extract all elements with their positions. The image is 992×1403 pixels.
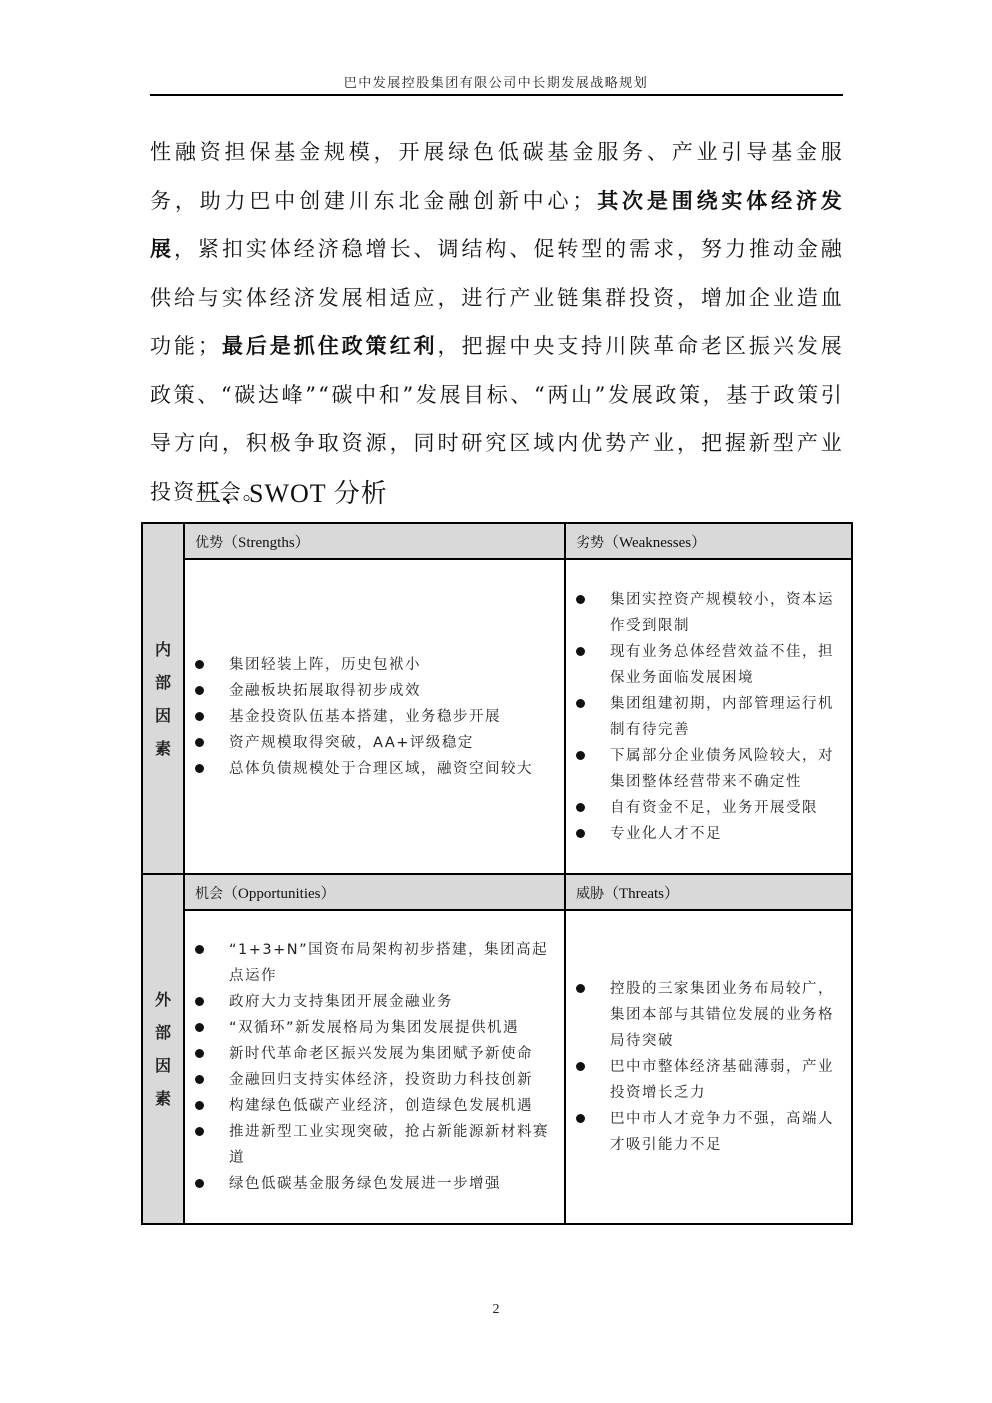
opportunities-title-en: （Opportunities） xyxy=(223,886,336,902)
label-char: 内 xyxy=(143,633,183,666)
internal-factors-label: 内 部 因 素 xyxy=(142,523,184,874)
weaknesses-title-en: （Weaknesses） xyxy=(604,535,706,551)
list-item: 金融板块拓展取得初步成效 xyxy=(185,678,564,704)
strengths-cell: 集团轻装上阵，历史包袱小 金融板块拓展取得初步成效 基金投资队伍基本搭建，业务稳… xyxy=(184,559,565,874)
list-item: 基金投资队伍基本搭建，业务稳步开展 xyxy=(185,704,564,730)
weaknesses-header: 劣势（Weaknesses） xyxy=(565,523,852,559)
list-item: 资产规模取得突破，AA+评级稳定 xyxy=(185,730,564,756)
strengths-list: 集团轻装上阵，历史包袱小 金融板块拓展取得初步成效 基金投资队伍基本搭建，业务稳… xyxy=(185,652,564,782)
list-item: 集团组建初期，内部管理运行机制有待完善 xyxy=(566,691,843,743)
page-number: 2 xyxy=(0,1302,992,1318)
list-item: 绿色低碳基金服务绿色发展进一步增强 xyxy=(185,1171,564,1197)
list-item: 巴中市整体经济基础薄弱，产业投资增长乏力 xyxy=(566,1054,843,1106)
label-char: 外 xyxy=(143,983,183,1016)
weaknesses-list: 集团实控资产规模较小，资本运作受到限制 现有业务总体经营效益不佳，担保业务面临发… xyxy=(566,587,843,847)
opportunities-cell: “1+3+N”国资布局架构初步搭建，集团高起点运作 政府大力支持集团开展金融业务… xyxy=(184,910,565,1224)
list-item: 推进新型工业实现突破，抢占新能源新材料赛道 xyxy=(185,1119,564,1171)
body-text-emphasis: 最后是抓住政策红利 xyxy=(221,333,437,358)
swot-table: 内 部 因 素 优势（Strengths） 劣势（Weaknesses） 集团轻… xyxy=(141,522,853,1225)
section-heading: 三、SWOT 分析 xyxy=(195,473,388,510)
opportunities-list: “1+3+N”国资布局架构初步搭建，集团高起点运作 政府大力支持集团开展金融业务… xyxy=(185,937,564,1197)
list-item: 总体负债规模处于合理区域，融资空间较大 xyxy=(185,756,564,782)
list-item: 下属部分企业债务风险较大，对集团整体经营带来不确定性 xyxy=(566,743,843,795)
strengths-header: 优势（Strengths） xyxy=(184,523,565,559)
list-item: 现有业务总体经营效益不佳，担保业务面临发展困境 xyxy=(566,639,843,691)
strengths-title-en: （Strengths） xyxy=(223,535,310,551)
list-item: 新时代革命老区振兴发展为集团赋予新使命 xyxy=(185,1041,564,1067)
label-char: 素 xyxy=(143,732,183,765)
list-item: 巴中市人才竞争力不强，高端人才吸引能力不足 xyxy=(566,1106,843,1158)
label-char: 因 xyxy=(143,699,183,732)
strengths-title-zh: 优势 xyxy=(195,535,223,551)
list-item: 控股的三家集团业务布局较广，集团本部与其错位发展的业务格局待突破 xyxy=(566,976,843,1054)
body-paragraph: 性融资担保基金规模，开展绿色低碳基金服务、产业引导基金服务，助力巴中创建川东北金… xyxy=(150,128,844,516)
opportunities-title-zh: 机会 xyxy=(195,886,223,902)
header-rule xyxy=(150,94,843,96)
label-char: 部 xyxy=(143,1016,183,1049)
threats-title-en: （Threats） xyxy=(604,886,679,902)
label-char: 素 xyxy=(143,1082,183,1115)
list-item: 构建绿色低碳产业经济，创造绿色发展机遇 xyxy=(185,1093,564,1119)
list-item: 金融回归支持实体经济，投资助力科技创新 xyxy=(185,1067,564,1093)
list-item: 自有资金不足，业务开展受限 xyxy=(566,795,843,821)
threats-list: 控股的三家集团业务布局较广，集团本部与其错位发展的业务格局待突破 巴中市整体经济… xyxy=(566,976,843,1158)
list-item: 政府大力支持集团开展金融业务 xyxy=(185,989,564,1015)
threats-cell: 控股的三家集团业务布局较广，集团本部与其错位发展的业务格局待突破 巴中市整体经济… xyxy=(565,910,852,1224)
list-item: 集团轻装上阵，历史包袱小 xyxy=(185,652,564,678)
external-factors-label: 外 部 因 素 xyxy=(142,874,184,1224)
threats-title-zh: 威胁 xyxy=(576,886,604,902)
label-char: 部 xyxy=(143,666,183,699)
weaknesses-cell: 集团实控资产规模较小，资本运作受到限制 现有业务总体经营效益不佳，担保业务面临发… xyxy=(565,559,852,874)
opportunities-header: 机会（Opportunities） xyxy=(184,874,565,910)
list-item: “双循环”新发展格局为集团发展提供机遇 xyxy=(185,1015,564,1041)
threats-header: 威胁（Threats） xyxy=(565,874,852,910)
label-char: 因 xyxy=(143,1049,183,1082)
list-item: “1+3+N”国资布局架构初步搭建，集团高起点运作 xyxy=(185,937,564,989)
list-item: 集团实控资产规模较小，资本运作受到限制 xyxy=(566,587,843,639)
weaknesses-title-zh: 劣势 xyxy=(576,535,604,551)
running-header: 巴中发展控股集团有限公司中长期发展战略规划 xyxy=(150,72,842,91)
list-item: 专业化人才不足 xyxy=(566,821,843,847)
